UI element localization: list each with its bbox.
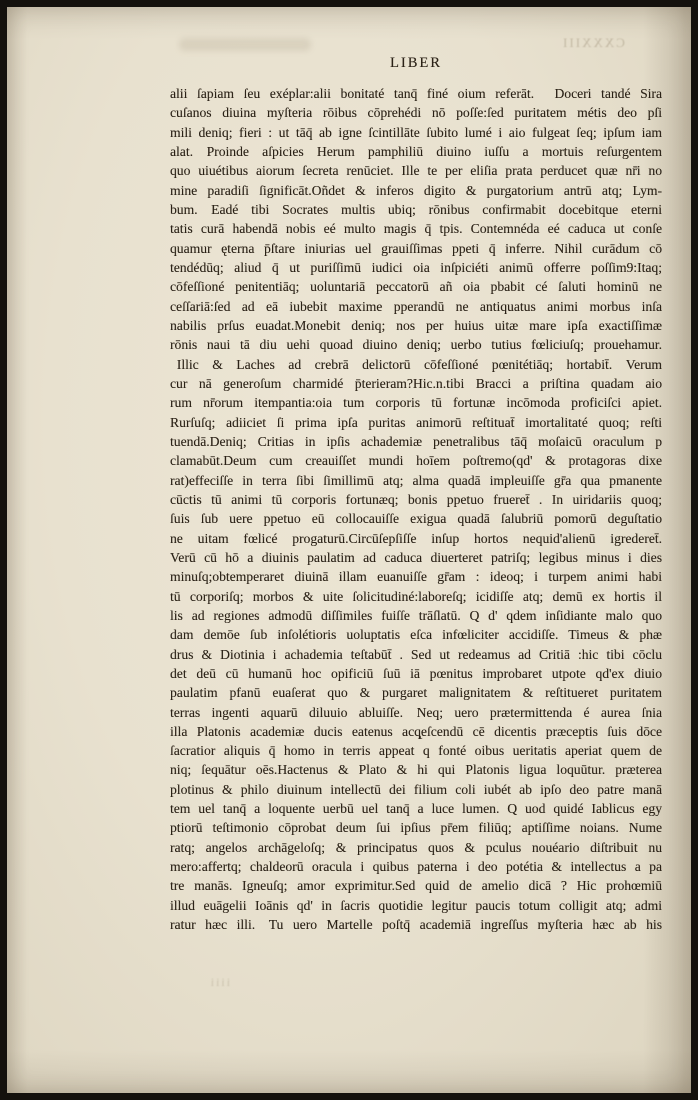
text-line: alii ſapiam ſeu exéplar:alii bonitaté ta… [170,84,662,103]
text-line: cuſanos diuina myſteria rōibus cōprehédi… [170,103,662,122]
text-line: ceſſariā:ſed ad eā iubebit maxime pperan… [170,297,662,316]
text-line: nabilis prſus euadat.Monebit deniq; nos … [170,316,662,335]
text-line: ratq; angelos archāgeloſq; & principatus… [170,838,662,857]
running-title: LIBER [170,55,662,72]
text-line: cōfeſſioné penitentiāq; uoluntariā pecca… [170,277,662,296]
text-line: Rurſuſq; adiiciet ſi prima ipſa puritas … [170,413,662,432]
text-line: illa Platonis academiæ ducis eatenus acq… [170,722,662,741]
text-line: ratur hæc illi. Tu uero Martelle poſtq̄ … [170,915,662,934]
text-line: tū corporiſq; morbos & uite ſolicitudiné… [170,587,662,606]
text-line: tuendā.Deniq; Critias in ipſis achademiæ… [170,432,662,451]
text-line: minuſq;obtemperaret diuinā illam euanuiſ… [170,567,662,586]
text-line: paulatim pfanū euaſerat quo & purgaret m… [170,683,662,702]
text-line: niq; ſequātur oēs.Hactenus & Plato & hi … [170,760,662,779]
text-line: drus & Diotinia i achademia teſtabūt̄ . … [170,645,662,664]
text-line: plotinus & philo diuinum intellectū dei … [170,780,662,799]
book-page: CXXXIII LIBER alii ſapiam ſeu exéplar:al… [7,7,691,1093]
text-line: Illic & Laches ad crebrā delictorū cōfeſ… [170,355,662,374]
text-line: rum nr̄orum itempantia:oia tum corporis … [170,393,662,412]
text-line: mili deniq; fieri : ut tāq̄ ab igne ſcin… [170,123,662,142]
text-line: illud euāgelii Ioānis qd' in ſacris quot… [170,896,662,915]
show-through-folio-number: CXXXIII [547,35,639,51]
text-line: dam demōe ſub inſolétioris uoluptatis eſ… [170,625,662,644]
text-block: alii ſapiam ſeu exéplar:alii bonitaté ta… [170,84,662,934]
text-line: tem uel tanq̄ a loquente uerbū uel tanq̄… [170,799,662,818]
text-line: tatis curā habendā nobis eé multo magis … [170,219,662,238]
text-line: lis ad regiones admodū diſſimiles fuiſſe… [170,606,662,625]
text-line: bum. Eadé tibi Socrates multis ubiq; rōn… [170,200,662,219]
text-line: cur nā generoſum charmidé p̄terieram?Hic… [170,374,662,393]
text-line: tendédūq; aliud q̄ ut puriſſimū iudici o… [170,258,662,277]
text-line: ne uitam fœlicé progaturū.Circūſepſiſſe … [170,529,662,548]
photo-frame: CXXXIII LIBER alii ſapiam ſeu exéplar:al… [0,0,698,1100]
text-line: mine paradiſi ſignificāt.Oñdet & inferos… [170,181,662,200]
text-line: ſacratior aliquis q̄ homo in terris appe… [170,741,662,760]
text-line: tre manās. Igneuſq; amor exprimitur.Sed … [170,876,662,895]
text-line: rōnis naui tā diu uehi quoad diuino deni… [170,335,662,354]
text-line: ptiorū teſtimonio cōprobat deum ſui ipſi… [170,818,662,837]
text-line: cūctis tū animi tū corporis fortunæq; bo… [170,490,662,509]
text-line: quamur ęterna p̄ſtare iniurias uel graui… [170,239,662,258]
text-line: det deū cū humanū hoc opificiū ſuū iā pœ… [170,664,662,683]
text-line: clamabūt.Deum cum creauiſſet mundi hoīem… [170,451,662,470]
text-line: rat)effeciſſe in terra ſibi ſimillimū at… [170,471,662,490]
text-line: quo uiuétibus aiorum ſecreta renūciet. I… [170,161,662,180]
text-line: terras ingenti aquarū diluuio abluiſſe. … [170,703,662,722]
show-through-signature: iiii [190,975,230,990]
text-line: Verū cū hō a diuinis paulatim ad caduca … [170,548,662,567]
text-line: alat. Proinde aſpicies Herum pamphiliū d… [170,142,662,161]
text-line: ſuis ſub uere ppetuo eū collocauiſſe exi… [170,509,662,528]
text-line: mero:affertq; chaldeorū oracula i quibus… [170,857,662,876]
show-through-smudge [179,38,311,51]
